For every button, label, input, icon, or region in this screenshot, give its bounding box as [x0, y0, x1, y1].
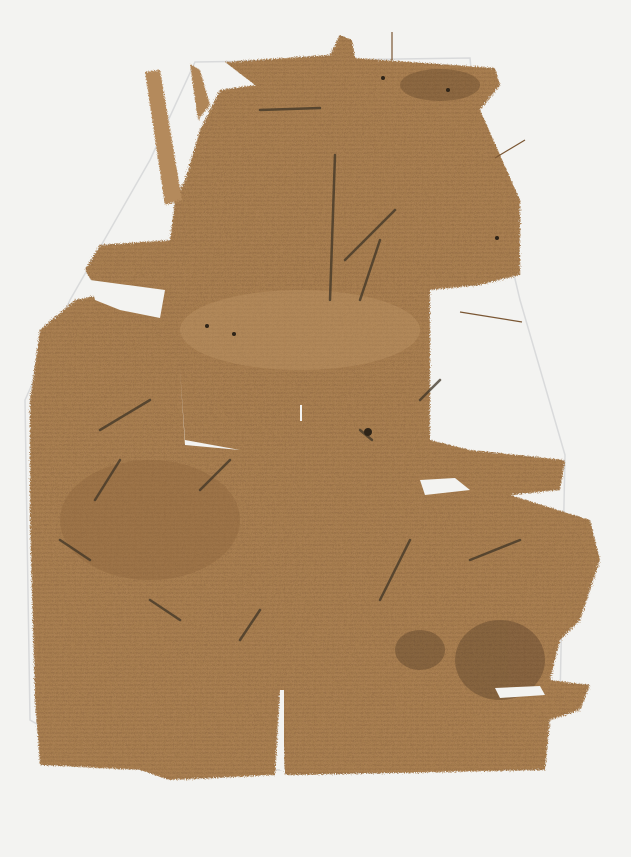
photo-stage — [0, 0, 631, 857]
papyrus-illustration — [0, 0, 631, 857]
